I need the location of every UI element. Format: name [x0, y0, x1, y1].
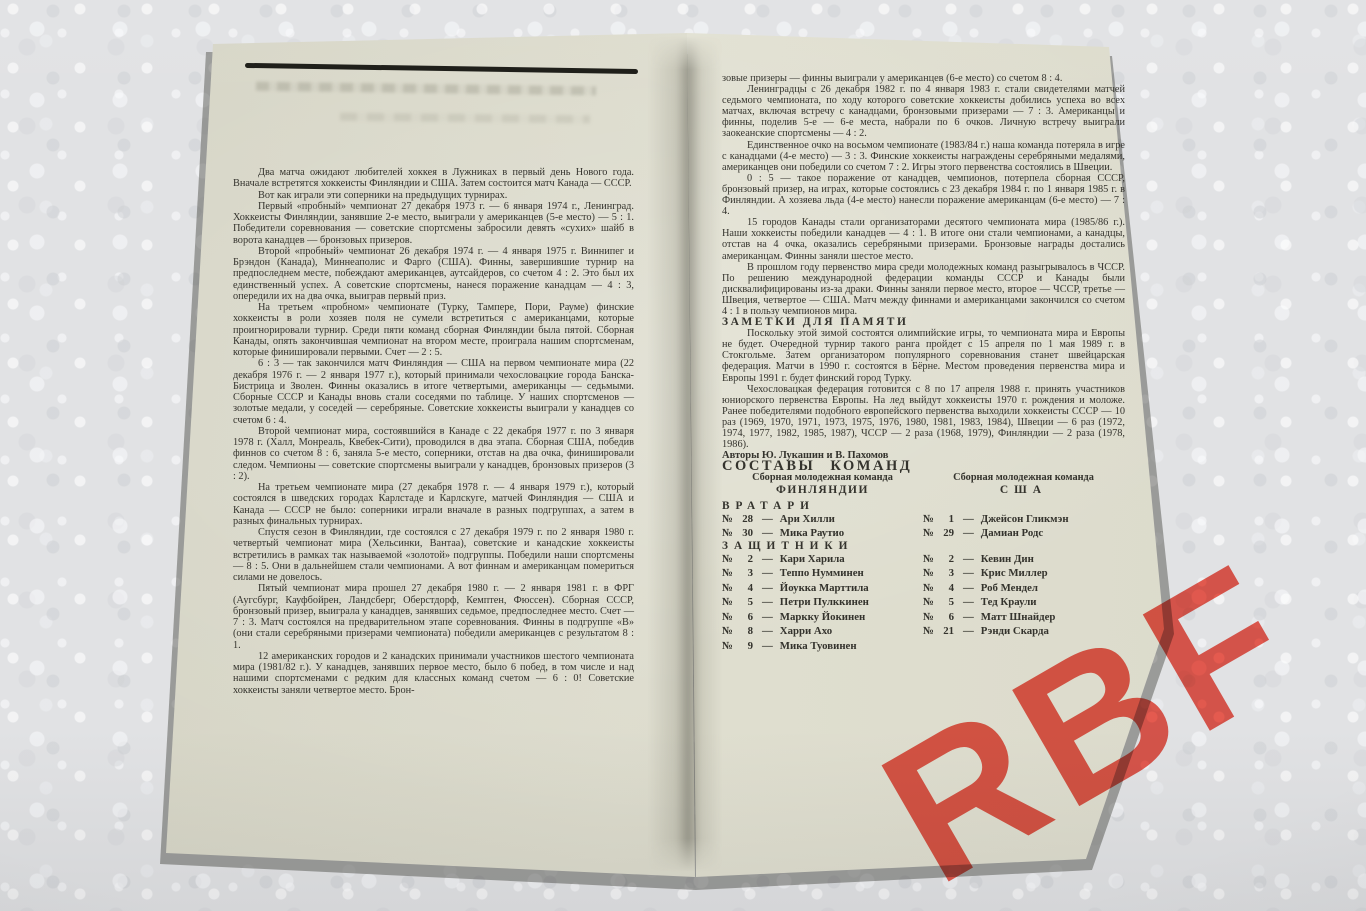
- roster-row: № 5 — Петри Пулккинен: [722, 595, 923, 610]
- right-page-text-column: зовые призеры — финны выиграли у америка…: [722, 73, 1125, 653]
- dash: —: [762, 595, 773, 610]
- player-number: 9: [737, 639, 753, 654]
- dash: —: [963, 581, 974, 596]
- rosters-heading: СОСТАВЫ КОМАНД: [722, 461, 1125, 472]
- paragraph: Поскольку этой зимой состоятся олимпийск…: [722, 328, 1125, 383]
- player-name: Маркку Йокинен: [780, 610, 865, 625]
- team-header-line: Сборная молодежная команда: [722, 472, 923, 483]
- player-name: Йоукка Марттила: [780, 581, 869, 596]
- player-number: 1: [938, 512, 954, 527]
- player-name: Тед Краули: [981, 595, 1037, 610]
- roster-row: № 3 — Теппо Нумминен: [722, 566, 923, 581]
- goalies-list-finland: № 28 — Ари Хилли № 30 — Мика Раутио: [722, 512, 923, 541]
- paragraph: Спустя сезон в Финляндии, где состоялся …: [233, 527, 634, 583]
- player-name: Теппо Нумминен: [780, 566, 864, 581]
- paragraph: зовые призеры — финны выиграли у америка…: [722, 73, 1125, 84]
- number-sign: №: [722, 581, 737, 596]
- roster-row: № 3 — Крис Миллер: [923, 566, 1123, 581]
- number-sign: №: [923, 512, 938, 527]
- player-number: 21: [938, 624, 954, 639]
- center-fold-shadow: [648, 36, 722, 872]
- paragraph: Единственное очко на восьмом чемпионате …: [722, 140, 1125, 173]
- player-number: 3: [938, 566, 954, 581]
- roster-row: № 28 — Ари Хилли: [722, 512, 923, 527]
- paragraph: 12 американских городов и 2 канадских пр…: [233, 651, 634, 696]
- paragraph: Второй «пробный» чемпионат 26 декабря 19…: [233, 246, 634, 302]
- paragraph: Ленинградцы с 26 декабря 1982 г. по 4 ян…: [722, 84, 1125, 139]
- player-name: Кевин Дин: [981, 552, 1034, 567]
- number-sign: №: [923, 552, 938, 567]
- paragraph: 15 городов Канады стали организаторами д…: [722, 217, 1125, 261]
- player-number: 8: [737, 624, 753, 639]
- goalies-list-usa: № 1 — Джейсон Гликмэн № 29 — Дамиан Родс: [923, 512, 1123, 541]
- team-header-finland: Сборная молодежная команда ФИНЛЯНДИИ: [722, 472, 923, 496]
- roster-row: № 29 — Дамиан Родс: [923, 526, 1123, 541]
- notes-heading: ЗАМЕТКИ ДЛЯ ПАМЯТИ: [722, 317, 1125, 328]
- player-number: 2: [938, 552, 954, 567]
- roster-row: № 2 — Кари Харила: [722, 552, 923, 567]
- number-sign: №: [923, 624, 938, 639]
- roster-row: № 6 — Маркку Йокинен: [722, 610, 923, 625]
- team-name-usa: США: [923, 485, 1124, 496]
- team-header-line: Сборная молодежная команда: [923, 472, 1124, 483]
- player-number: 6: [737, 610, 753, 625]
- defense-list-finland: № 2 — Кари Харила № 3 — Теппо Нумминен №…: [722, 552, 923, 654]
- player-number: 3: [737, 566, 753, 581]
- player-number: 30: [737, 526, 753, 541]
- player-name: Харри Ахо: [780, 624, 832, 639]
- roster-row: № 30 — Мика Раутио: [722, 526, 923, 541]
- paragraph: Чехословацкая федерация готовится с 8 по…: [722, 384, 1125, 451]
- dash: —: [963, 512, 974, 527]
- paragraph: Первый «пробный» чемпионат 27 декабря 19…: [233, 201, 634, 246]
- number-sign: №: [923, 581, 938, 596]
- number-sign: №: [923, 595, 938, 610]
- player-number: 2: [737, 552, 753, 567]
- player-name: Петри Пулккинен: [780, 595, 869, 610]
- paragraph: 6 : 3 — так закончился матч Финляндия — …: [233, 358, 634, 426]
- player-name: Роб Мендел: [981, 581, 1038, 596]
- dash: —: [762, 552, 773, 567]
- dash: —: [963, 595, 974, 610]
- dash: —: [762, 566, 773, 581]
- number-sign: №: [722, 624, 737, 639]
- dash: —: [963, 526, 974, 541]
- paragraph: На третьем «пробном» чемпионате (Турку, …: [233, 302, 634, 358]
- roster-row: № 8 — Харри Ахо: [722, 624, 923, 639]
- player-name: Кари Харила: [780, 552, 845, 567]
- roster-row: № 1 — Джейсон Гликмэн: [923, 512, 1123, 527]
- dash: —: [963, 566, 974, 581]
- paragraph: 0 : 5 — такое поражение от канадцев, чем…: [722, 173, 1125, 217]
- paragraph: Два матча ожидают любителей хоккея в Луж…: [233, 167, 634, 190]
- paragraph: Пятый чемпионат мира прошел 27 декабря 1…: [233, 583, 634, 651]
- number-sign: №: [722, 552, 737, 567]
- player-number: 5: [737, 595, 753, 610]
- dash: —: [762, 512, 773, 527]
- dash: —: [762, 581, 773, 596]
- team-header-usa: Сборная молодежная команда США: [923, 472, 1124, 496]
- number-sign: №: [923, 610, 938, 625]
- player-number: 28: [737, 512, 753, 527]
- goalies-heading: ВРАТАРИ: [722, 501, 1125, 512]
- roster-row: № 4 — Йоукка Марттила: [722, 581, 923, 596]
- player-number: 5: [938, 595, 954, 610]
- dash: —: [762, 639, 773, 654]
- goalies-lists: № 28 — Ари Хилли № 30 — Мика Раутио № 1 …: [722, 512, 1125, 541]
- number-sign: №: [923, 566, 938, 581]
- player-name: Мика Раутио: [780, 526, 844, 541]
- number-sign: №: [722, 512, 737, 527]
- dash: —: [963, 624, 974, 639]
- number-sign: №: [722, 526, 737, 541]
- roster-row: № 4 — Роб Мендел: [923, 581, 1123, 596]
- player-number: 6: [938, 610, 954, 625]
- defense-heading: ЗАЩИТНИКИ: [722, 541, 1125, 552]
- number-sign: №: [722, 595, 737, 610]
- paragraph: Второй чемпионат мира, состоявшийся в Ка…: [233, 426, 634, 482]
- player-name: Крис Миллер: [981, 566, 1048, 581]
- player-name: Мика Туовинен: [780, 639, 857, 654]
- number-sign: №: [923, 526, 938, 541]
- player-name: Дамиан Родс: [981, 526, 1043, 541]
- player-number: 4: [737, 581, 753, 596]
- dash: —: [963, 610, 974, 625]
- dash: —: [762, 624, 773, 639]
- dash: —: [963, 552, 974, 567]
- paragraph: На третьем чемпионате мира (27 декабря 1…: [233, 482, 634, 527]
- team-headers: Сборная молодежная команда ФИНЛЯНДИИ Сбо…: [722, 472, 1125, 496]
- paragraph: Вот как играли эти соперники на предыдущ…: [233, 190, 634, 201]
- roster-row: № 2 — Кевин Дин: [923, 552, 1123, 567]
- dash: —: [762, 526, 773, 541]
- player-name: Ари Хилли: [780, 512, 835, 527]
- dash: —: [762, 610, 773, 625]
- paragraph: В прошлом году первенство мира среди мол…: [722, 262, 1125, 317]
- number-sign: №: [722, 566, 737, 581]
- photo-canvas: { "colors":{ "watermark_red":"#ef5043", …: [0, 0, 1366, 911]
- left-page-text-column: Два матча ожидают любителей хоккея в Луж…: [233, 167, 634, 696]
- team-name-finland: ФИНЛЯНДИИ: [722, 485, 923, 496]
- player-number: 29: [938, 526, 954, 541]
- roster-row: № 9 — Мика Туовинен: [722, 639, 923, 654]
- number-sign: №: [722, 639, 737, 654]
- player-name: Джейсон Гликмэн: [981, 512, 1069, 527]
- number-sign: №: [722, 610, 737, 625]
- player-number: 4: [938, 581, 954, 596]
